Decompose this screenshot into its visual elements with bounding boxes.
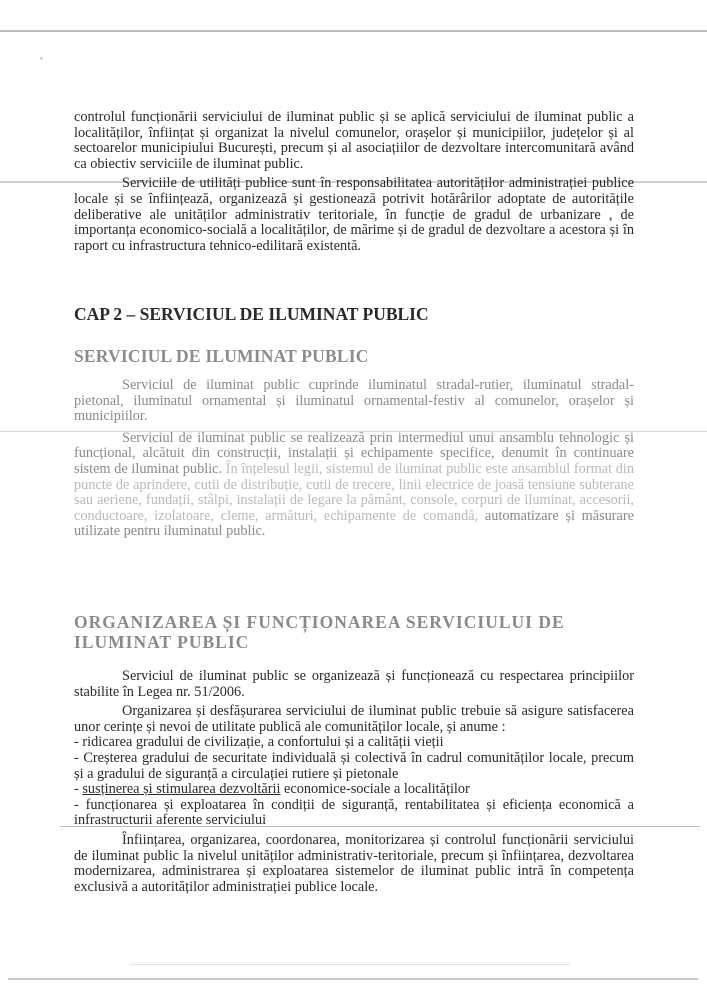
- requirements-paragraph: Organizarea și desfășurarea serviciului …: [74, 704, 634, 735]
- bullet-item: - Creșterea gradului de securitate indiv…: [74, 751, 634, 782]
- bullet-underlined-text: susținerea și stimularea dezvoltării: [82, 781, 280, 797]
- scan-line-bottom: [8, 978, 698, 980]
- section-organization-body: Serviciul de iluminat public se organize…: [74, 669, 634, 895]
- system-definition-paragraph: Serviciul de iluminat public se realizea…: [74, 431, 634, 540]
- intro-paragraph: controlul funcționării serviciului de il…: [74, 110, 634, 172]
- bullet-item: - susținerea și stimularea dezvoltării e…: [74, 782, 634, 798]
- principles-paragraph: Serviciul de iluminat public se organize…: [74, 669, 634, 700]
- section-heading-service: SERVICIUL DE ILUMINAT PUBLIC: [74, 346, 369, 367]
- utilities-paragraph: Serviciile de utilități publice sunt în …: [74, 176, 634, 254]
- scan-line-top: [0, 30, 707, 32]
- scan-line: [130, 964, 570, 965]
- competence-paragraph: Înființarea, organizarea, coordonarea, m…: [74, 833, 634, 895]
- bullet-item: - funcționarea și exploatarea în condiți…: [74, 798, 634, 829]
- section-service-body: Serviciul de iluminat public cuprinde il…: [74, 378, 634, 540]
- section-heading-organization: ORGANIZAREA ȘI FUNCȚIONAREA SERVICIULUI …: [74, 612, 634, 652]
- bullet-item: - ridicarea gradului de civilizație, a c…: [74, 735, 634, 751]
- scan-speck: [40, 57, 43, 60]
- service-definition-paragraph: Serviciul de iluminat public cuprinde il…: [74, 378, 634, 425]
- chapter-heading: CAP 2 – SERVICIUL DE ILUMINAT PUBLIC: [74, 304, 429, 325]
- bullet-rest-text: economice-sociale a localităților: [280, 781, 469, 797]
- document-page: controlul funcționării serviciului de il…: [74, 110, 634, 254]
